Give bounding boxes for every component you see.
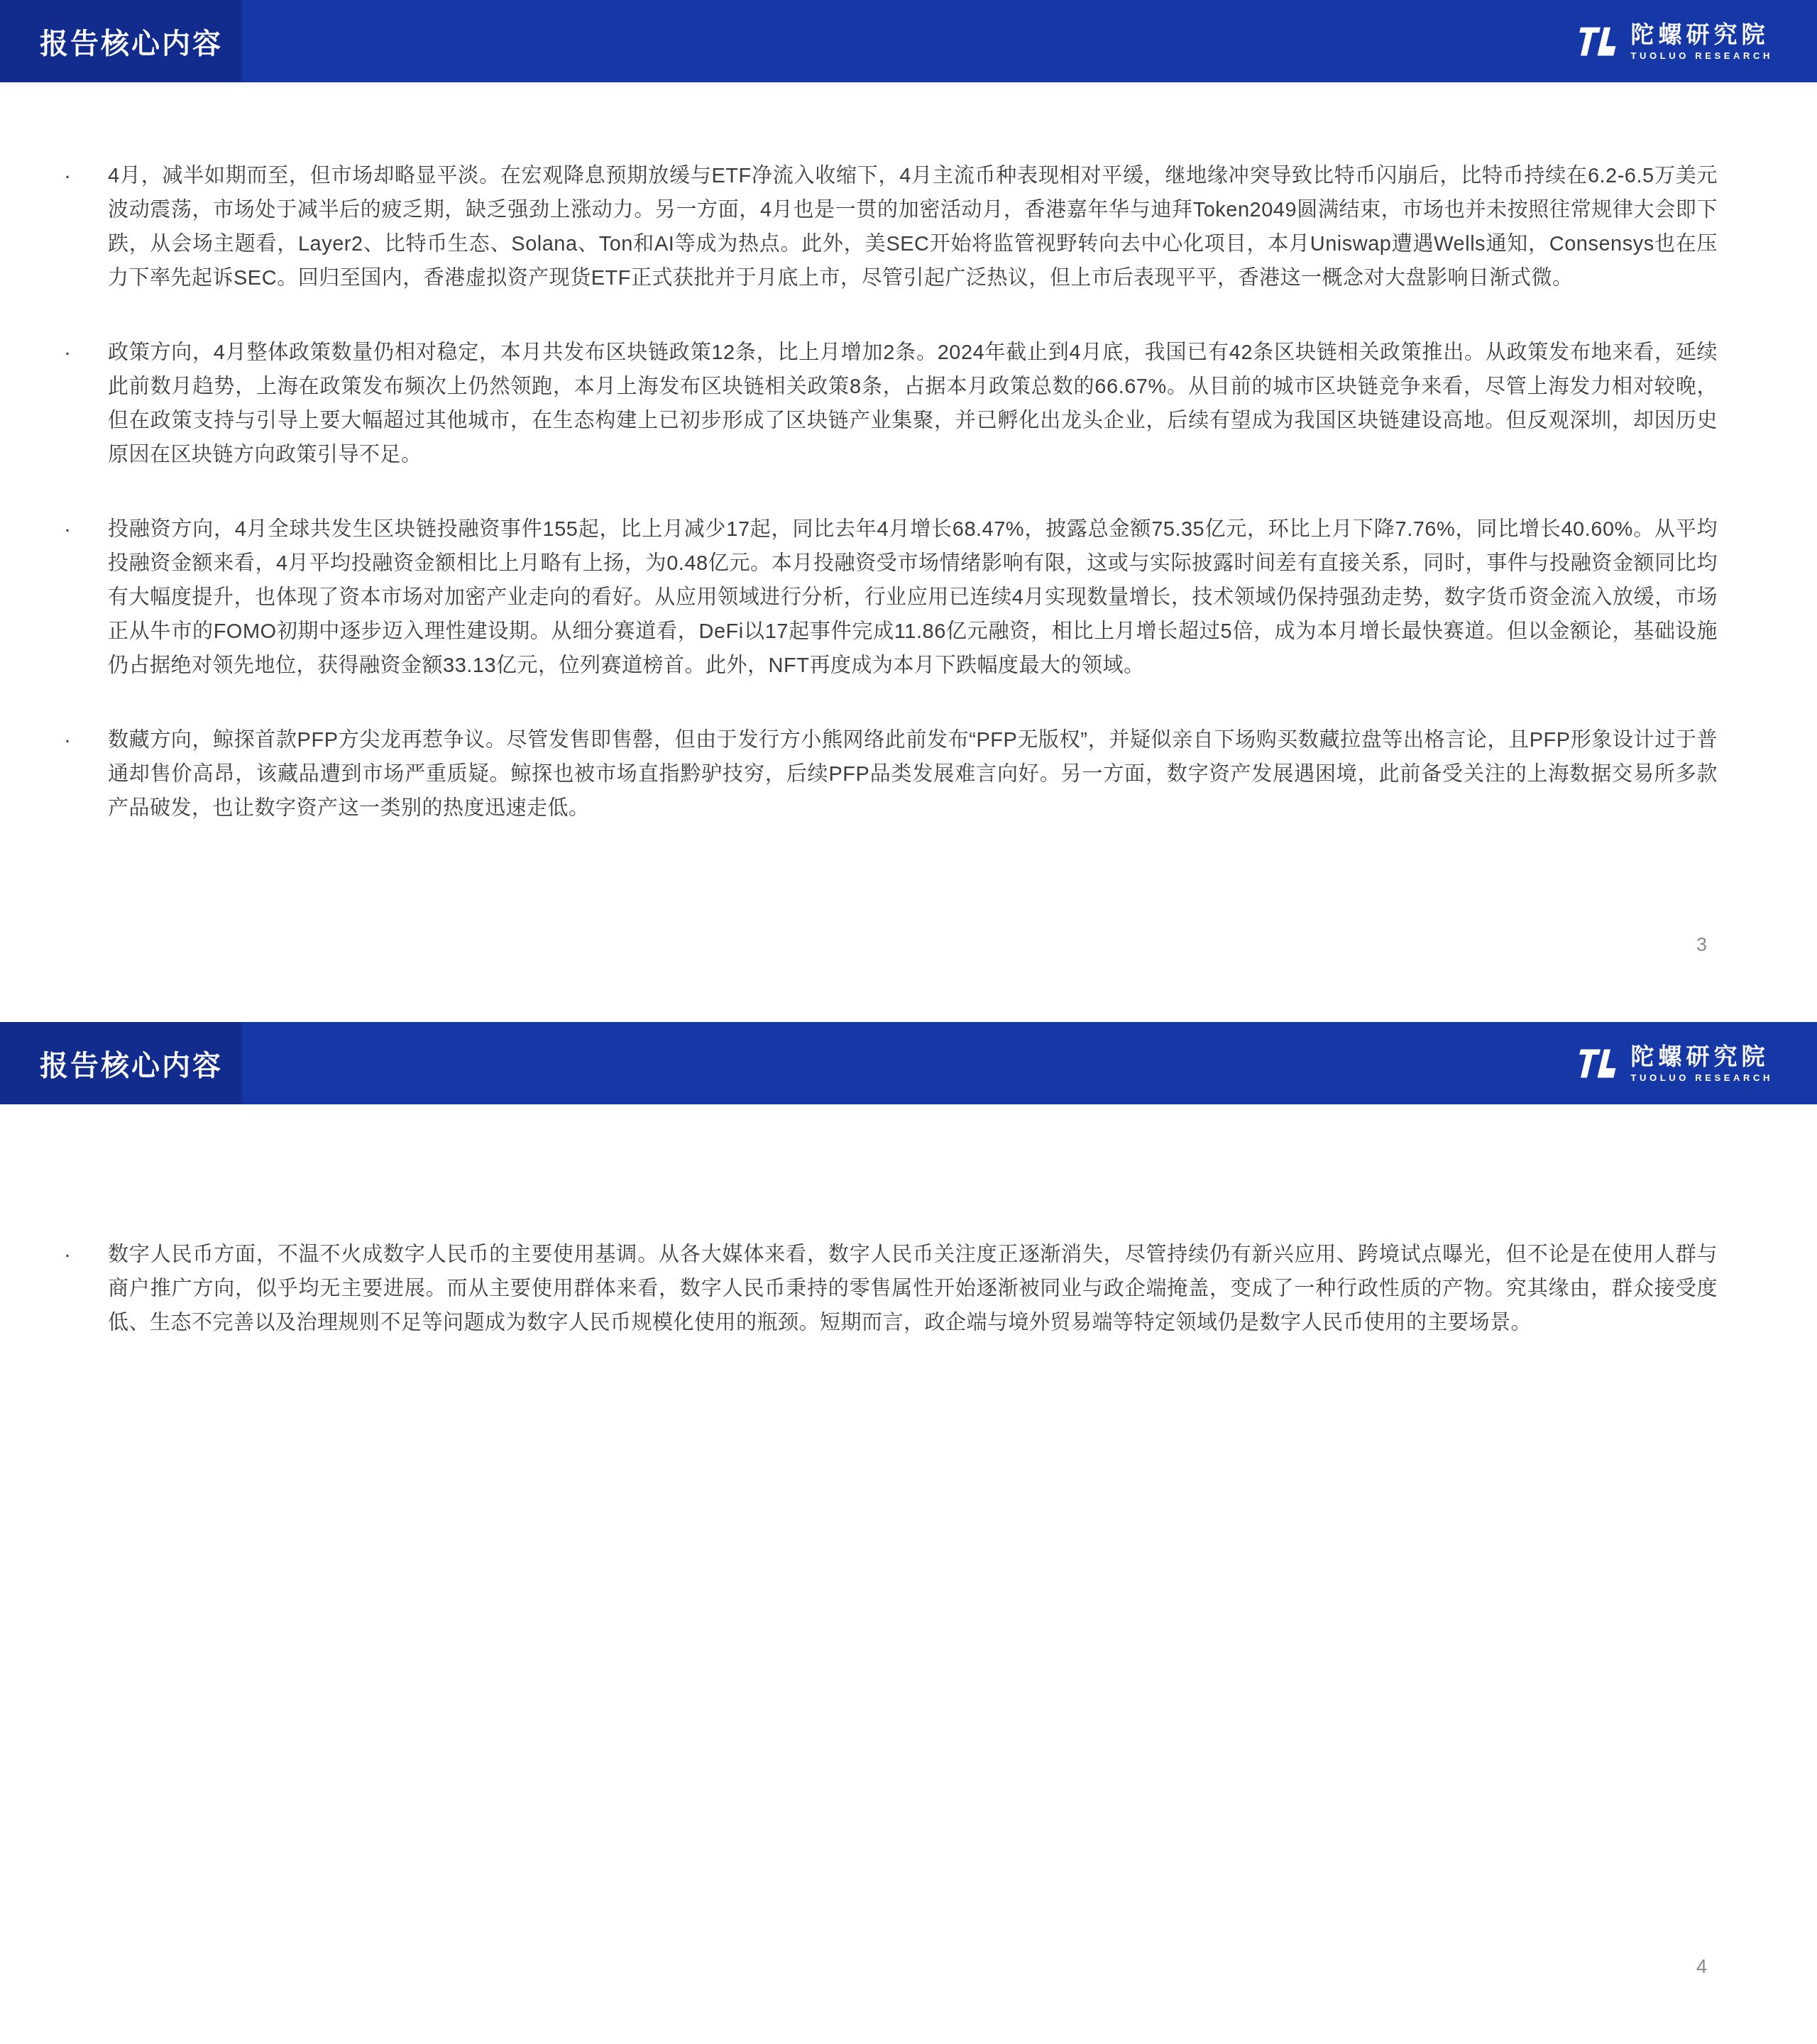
bullet-dot: · — [62, 723, 108, 757]
page-title: 报告核心内容 — [40, 1043, 223, 1084]
brand-logo-text: 陀螺研究院 TUOLUO RESEARCH — [1631, 1045, 1773, 1082]
brand-logo: 陀螺研究院 TUOLUO RESEARCH — [1575, 1045, 1773, 1082]
paragraph-market-overview: 4月，减半如期而至，但市场却略显平淡。在宏观降息预期放缓与ETF净流入收缩下，4… — [108, 159, 1718, 295]
brand-name-cn: 陀螺研究院 — [1631, 1045, 1773, 1068]
brand-logo-text: 陀螺研究院 TUOLUO RESEARCH — [1631, 23, 1773, 60]
paragraph-investment: 投融资方向，4月全球共发生区块链投融资事件155起，比上月减少17起，同比去年4… — [108, 512, 1718, 683]
brand-logo: 陀螺研究院 TUOLUO RESEARCH — [1575, 23, 1773, 60]
page-header: 报告核心内容 陀螺研究院 TUOLUO RESEARCH — [0, 0, 1817, 82]
paragraph-digital-collectibles: 数藏方向，鲸探首款PFP方尖龙再惹争议。尽管发售即售罄，但由于发行方小熊网络此前… — [108, 723, 1718, 825]
paragraph-digital-rmb: 数字人民币方面，不温不火成数字人民币的主要使用基调。从各大媒体来看，数字人民币关… — [108, 1238, 1718, 1340]
page-body: · 4月，减半如期而至，但市场却略显平淡。在宏观降息预期放缓与ETF净流入收缩下… — [0, 82, 1817, 866]
brand-name-en: TUOLUO RESEARCH — [1631, 1073, 1773, 1082]
paragraph-policy: 政策方向，4月整体政策数量仍相对稳定，本月共发布区块链政策12条，比上月增加2条… — [108, 336, 1718, 472]
tl-logo-icon — [1575, 1046, 1620, 1080]
bullet-dot: · — [62, 512, 108, 546]
brand-name-cn: 陀螺研究院 — [1631, 23, 1773, 46]
bullet-dot: · — [62, 336, 108, 370]
page-number: 3 — [1696, 934, 1707, 956]
bullet-item-nft: · 数藏方向，鲸探首款PFP方尖龙再惹争议。尽管发售即售罄，但由于发行方小熊网络… — [62, 723, 1718, 825]
bullet-item-ecny: · 数字人民币方面，不温不火成数字人民币的主要使用基调。从各大媒体来看，数字人民… — [62, 1238, 1718, 1340]
bullet-dot: · — [62, 1238, 108, 1272]
bullet-item-investment: · 投融资方向，4月全球共发生区块链投融资事件155起，比上月减少17起，同比去… — [62, 512, 1718, 683]
page-header: 报告核心内容 陀螺研究院 TUOLUO RESEARCH — [0, 1022, 1817, 1104]
bullet-item-policy: · 政策方向，4月整体政策数量仍相对稳定，本月共发布区块链政策12条，比上月增加… — [62, 336, 1718, 472]
page-title: 报告核心内容 — [40, 21, 223, 62]
report-page-3: 报告核心内容 陀螺研究院 TUOLUO RESEARCH · 4月，减半如期而至… — [0, 0, 1817, 1022]
bullet-dot: · — [62, 159, 108, 193]
report-page-4: 报告核心内容 陀螺研究院 TUOLUO RESEARCH · 数字人民币方面，不… — [0, 1022, 1817, 2044]
brand-name-en: TUOLUO RESEARCH — [1631, 51, 1773, 60]
bullet-item-market: · 4月，减半如期而至，但市场却略显平淡。在宏观降息预期放缓与ETF净流入收缩下… — [62, 159, 1718, 295]
page-number: 4 — [1696, 1956, 1707, 1978]
tl-logo-icon — [1575, 24, 1620, 58]
page-body: · 数字人民币方面，不温不火成数字人民币的主要使用基调。从各大媒体来看，数字人民… — [0, 1104, 1817, 1380]
